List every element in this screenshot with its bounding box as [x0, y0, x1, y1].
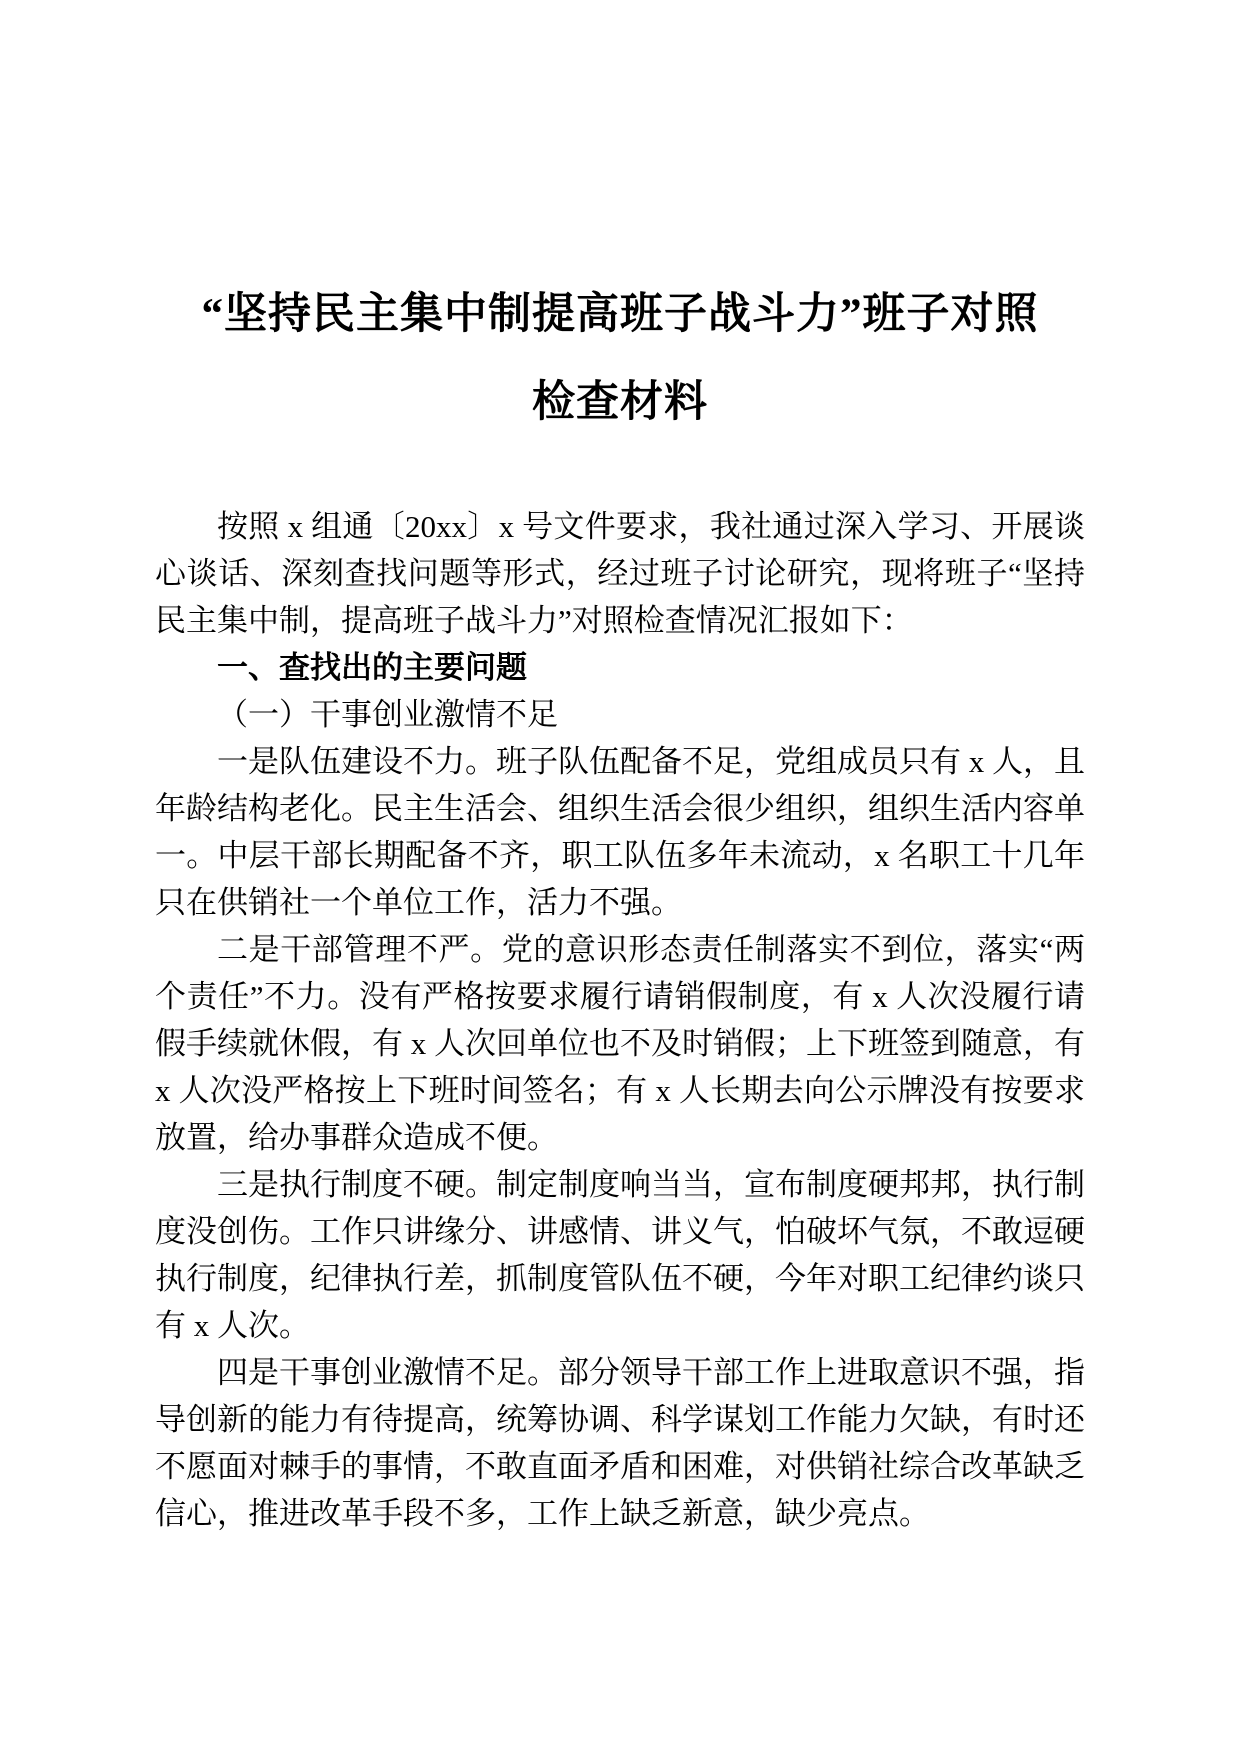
paragraph-point-1: 一是队伍建设不力。班子队伍配备不足，党组成员只有 x 人，且年龄结构老化。民主生…	[155, 738, 1085, 926]
paragraph-point-4: 四是干事创业激情不足。部分领导干部工作上进取意识不强，指导创新的能力有待提高，统…	[155, 1349, 1085, 1537]
section-heading-main-problems: 一、查找出的主要问题	[155, 644, 1085, 691]
paragraph-point-2: 二是干部管理不严。党的意识形态责任制落实不到位，落实“两个责任”不力。没有严格按…	[155, 926, 1085, 1161]
subsection-heading-lack-of-drive: （一）干事创业激情不足	[155, 691, 1085, 738]
document-title: “坚持民主集中制提高班子战斗力”班子对照 检查材料	[155, 271, 1085, 447]
paragraph-point-3: 三是执行制度不硬。制定制度响当当，宣布制度硬邦邦，执行制度没创伤。工作只讲缘分、…	[155, 1161, 1085, 1349]
document-title-line-1: “坚持民主集中制提高班子战斗力”班子对照	[155, 271, 1085, 359]
document-page: “坚持民主集中制提高班子战斗力”班子对照 检查材料 按照 x 组通〔20xx〕x…	[0, 0, 1240, 1754]
paragraph-intro: 按照 x 组通〔20xx〕x 号文件要求，我社通过深入学习、开展谈心谈话、深刻查…	[155, 503, 1085, 644]
document-title-line-2: 检查材料	[155, 359, 1085, 447]
document-body: 按照 x 组通〔20xx〕x 号文件要求，我社通过深入学习、开展谈心谈话、深刻查…	[155, 503, 1085, 1537]
